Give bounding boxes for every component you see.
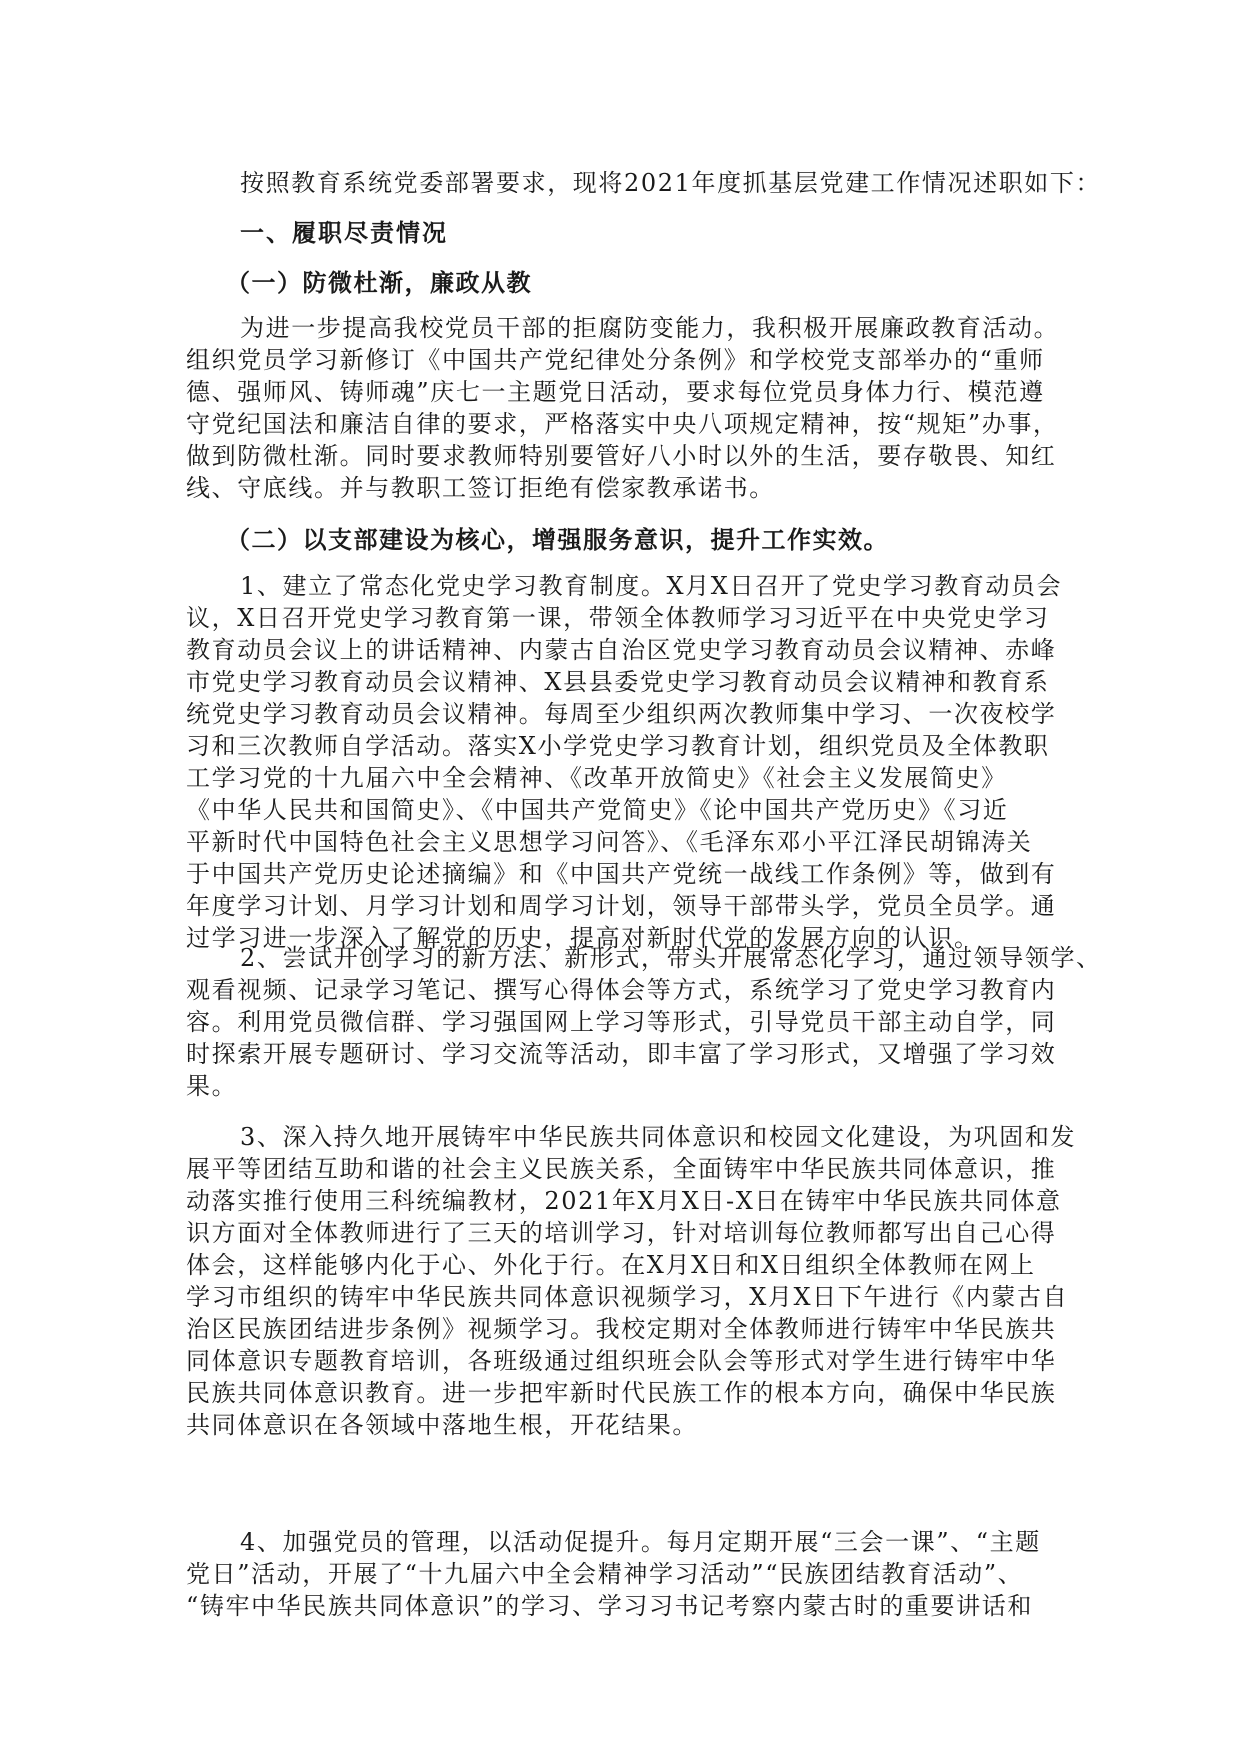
paragraph-line: 党日”活动，开展了“十九届六中全会精神学习活动”“民族团结教育活动”、 [186, 1558, 1046, 1590]
paragraph-line: 于中国共产党历史论述摘编》和《中国共产党统一战线工作条例》等，做到有 [186, 858, 1046, 890]
paragraph-line: 统党史学习教育动员会议精神。每周至少组织两次教师集中学习、一次夜校学 [186, 698, 1046, 730]
subsection2-title: （二）以支部建设为核心，增强服务意识，提升工作实效。 [186, 524, 1046, 556]
paragraph-line: 《中华人民共和国简史》、《中国共产党简史》《论中国共产党历史》《习近 [186, 794, 1046, 826]
paragraph-2: 1、建立了常态化党史学习教育制度。X月X日召开了党史学习教育动员会 议，X日召开… [186, 570, 1046, 954]
paragraph-line: 3、深入持久地开展铸牢中华民族共同体意识和校园文化建设，为巩固和发 [186, 1121, 1046, 1153]
paragraph-line: 体会，这样能够内化于心、外化于行。在X月X日和X日组织全体教师在网上 [186, 1249, 1046, 1281]
paragraph-line: 治区民族团结进步条例》视频学习。我校定期对全体教师进行铸牢中华民族共 [186, 1313, 1046, 1345]
paragraph-line: 展平等团结互助和谐的社会主义民族关系，全面铸牢中华民族共同体意识，推 [186, 1153, 1046, 1185]
paragraph-line: 平新时代中国特色社会主义思想学习问答》、《毛泽东邓小平江泽民胡锦涛关 [186, 826, 1046, 858]
section-heading: 一、履职尽责情况 [186, 217, 1046, 249]
paragraph-line: 组织党员学习新修订《中国共产党纪律处分条例》和学校党支部举办的“重师 [186, 344, 1046, 376]
intro-text: 按照教育系统党委部署要求，现将2021年度抓基层党建工作情况述职如下： [186, 167, 1046, 199]
paragraph-line: 共同体意识在各领域中落地生根，开花结果。 [186, 1409, 1046, 1441]
paragraph-line: 做到防微杜渐。同时要求教师特别要管好八小时以外的生活，要存敬畏、知红 [186, 440, 1046, 472]
paragraph-line: 议，X日召开党史学习教育第一课，带领全体教师学习习近平在中央党史学习 [186, 602, 1046, 634]
paragraph-line: 1、建立了常态化党史学习教育制度。X月X日召开了党史学习教育动员会 [186, 570, 1046, 602]
paragraph-line: 观看视频、记录学习笔记、撰写心得体会等方式，系统学习了党史学习教育内 [186, 974, 1046, 1006]
paragraph-line: 教育动员会议上的讲话精神、内蒙古自治区党史学习教育动员会议精神、赤峰 [186, 634, 1046, 666]
paragraph-line: 果。 [186, 1070, 1046, 1102]
paragraph-3: 2、尝试开创学习的新方法、新形式，带头开展常态化学习，通过领导领学、 观看视频、… [186, 942, 1046, 1102]
paragraph-line: 年度学习计划、月学习计划和周学习计划，领导干部带头学，党员全员学。通 [186, 890, 1046, 922]
paragraph-line: 民族共同体意识教育。进一步把牢新时代民族工作的根本方向，确保中华民族 [186, 1377, 1046, 1409]
paragraph-line: “铸牢中华民族共同体意识”的学习、学习习书记考察内蒙古时的重要讲话和 [186, 1590, 1046, 1622]
paragraph-line: 习和三次教师自学活动。落实X小学党史学习教育计划，组织党员及全体教职 [186, 730, 1046, 762]
paragraph-line: 守党纪国法和廉洁自律的要求，严格落实中央八项规定精神，按“规矩”办事， [186, 408, 1046, 440]
paragraph-line: 同体意识专题教育培训，各班级通过组织班会队会等形式对学生进行铸牢中华 [186, 1345, 1046, 1377]
paragraph-line: 容。利用党员微信群、学习强国网上学习等形式，引导党员干部主动自学，同 [186, 1006, 1046, 1038]
paragraph-line: 为进一步提高我校党员干部的拒腐防变能力，我积极开展廉政教育活动。 [186, 312, 1046, 344]
subsection1-title: （一）防微杜渐，廉政从教 [186, 267, 1046, 299]
paragraph-line: 4、加强党员的管理，以活动促提升。每月定期开展“三会一课”、“主题 [186, 1526, 1046, 1558]
subsection-heading: （一）防微杜渐，廉政从教 [186, 267, 1046, 299]
section1-title: 一、履职尽责情况 [186, 217, 1046, 249]
paragraph-line: 2、尝试开创学习的新方法、新形式，带头开展常态化学习，通过领导领学、 [186, 942, 1046, 974]
document-page: 按照教育系统党委部署要求，现将2021年度抓基层党建工作情况述职如下： 一、履职… [0, 0, 1240, 1754]
paragraph-line: 时探索开展专题研讨、学习交流等活动，即丰富了学习形式，又增强了学习效 [186, 1038, 1046, 1070]
intro-paragraph: 按照教育系统党委部署要求，现将2021年度抓基层党建工作情况述职如下： [186, 167, 1046, 199]
paragraph-line: 识方面对全体教师进行了三天的培训学习，针对培训每位教师都写出自己心得 [186, 1217, 1046, 1249]
paragraph-1: 为进一步提高我校党员干部的拒腐防变能力，我积极开展廉政教育活动。 组织党员学习新… [186, 312, 1046, 504]
subsection-heading: （二）以支部建设为核心，增强服务意识，提升工作实效。 [186, 524, 1046, 556]
paragraph-4: 3、深入持久地开展铸牢中华民族共同体意识和校园文化建设，为巩固和发 展平等团结互… [186, 1121, 1046, 1441]
paragraph-line: 学习市组织的铸牢中华民族共同体意识视频学习，X月X日下午进行《内蒙古自 [186, 1281, 1046, 1313]
paragraph-line: 工学习党的十九届六中全会精神、《改革开放简史》《社会主义发展简史》 [186, 762, 1046, 794]
paragraph-line: 线、守底线。并与教职工签订拒绝有偿家教承诺书。 [186, 472, 1046, 504]
paragraph-line: 德、强师风、铸师魂”庆七一主题党日活动，要求每位党员身体力行、模范遵 [186, 376, 1046, 408]
paragraph-line: 市党史学习教育动员会议精神、X县县委党史学习教育动员会议精神和教育系 [186, 666, 1046, 698]
paragraph-line: 动落实推行使用三科统编教材，2021年X月X日-X日在铸牢中华民族共同体意 [186, 1185, 1046, 1217]
paragraph-5: 4、加强党员的管理，以活动促提升。每月定期开展“三会一课”、“主题 党日”活动，… [186, 1526, 1046, 1622]
